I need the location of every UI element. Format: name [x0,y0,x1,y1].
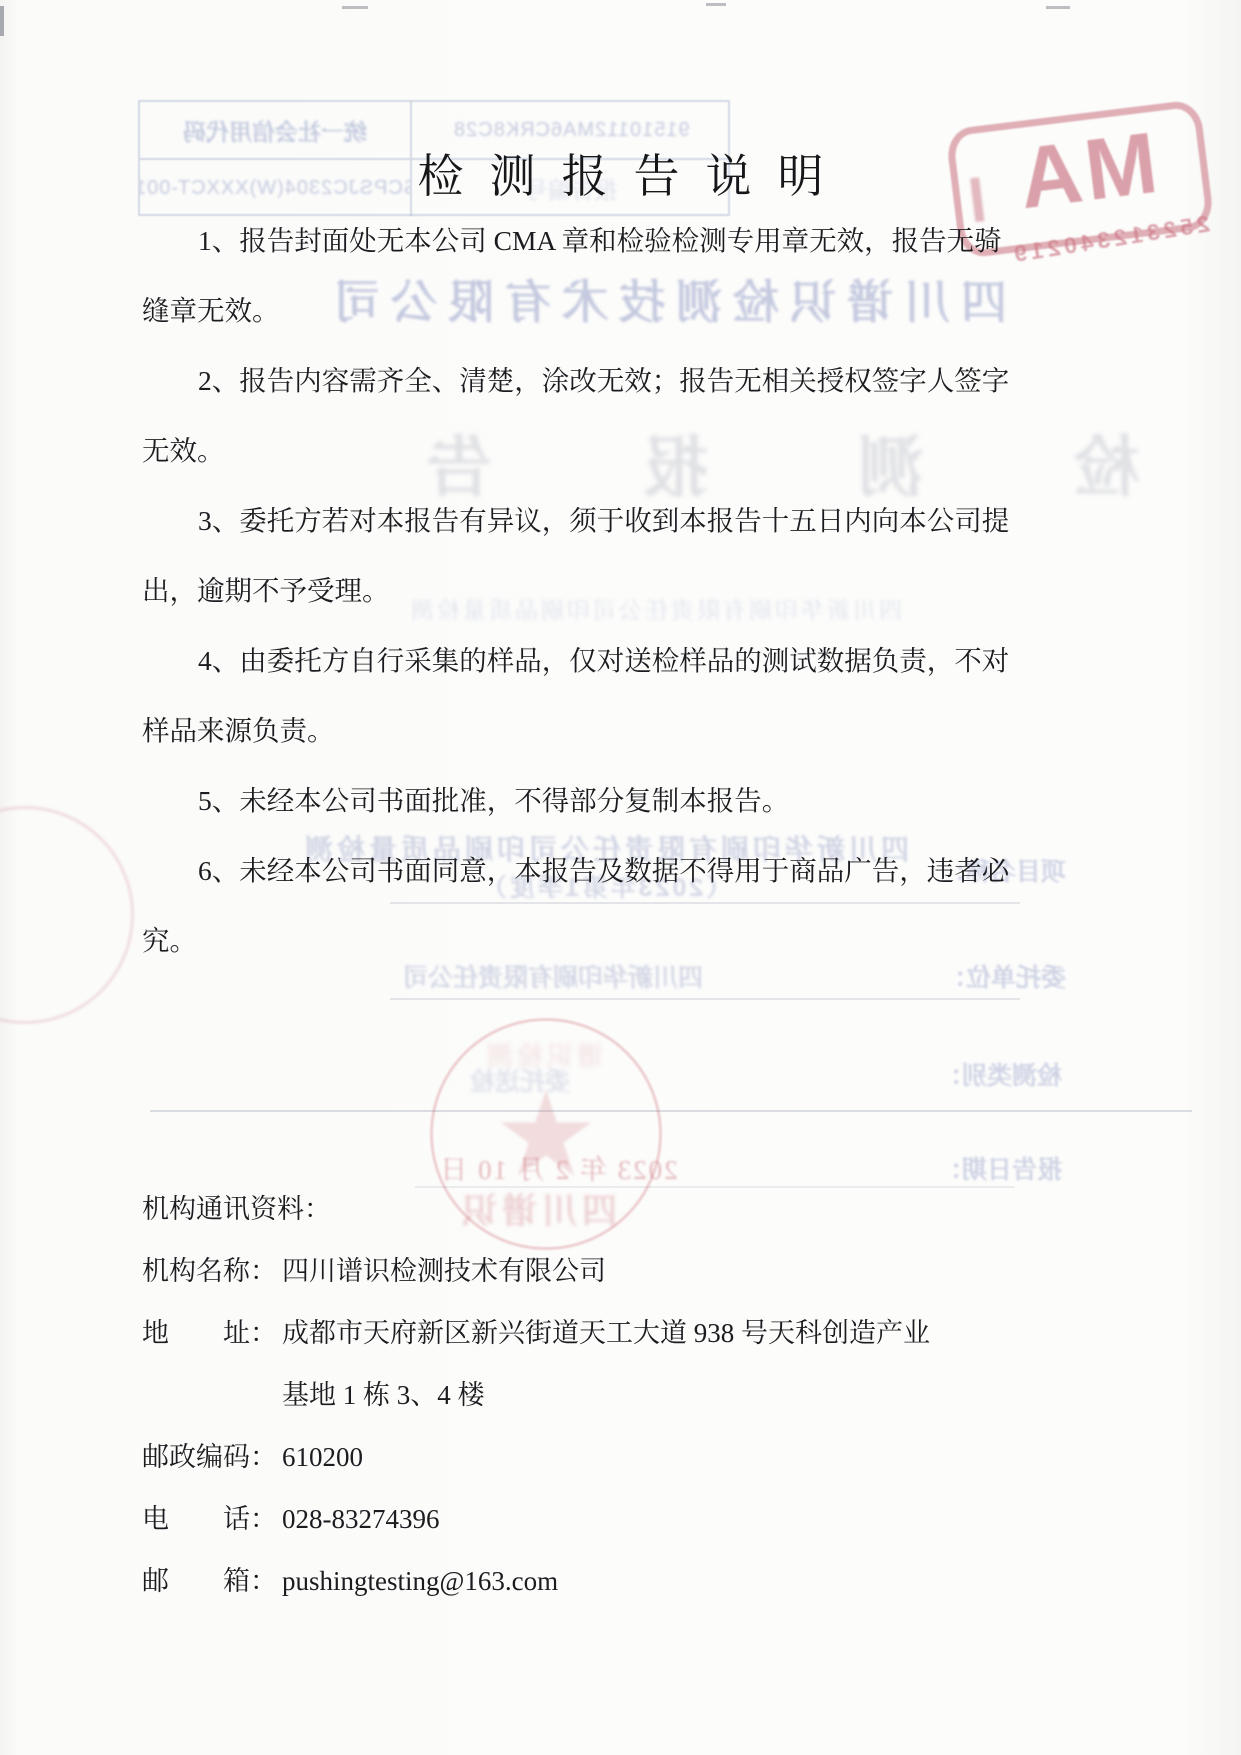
paragraph-line: 6、未经本公司书面同意，本报告及数据不得用于商品广告，违者必 [142,836,1100,906]
contact-row: 地 址：成都市天府新区新兴街道天工大道 938 号天科创造产业 [142,1302,1100,1364]
contact-value: 610200 [282,1442,363,1472]
bleedthrough-category-value: 委托送检 [445,1062,595,1098]
seal-arc-text: 谱识检测 [468,1036,618,1073]
paragraph-line: 无效。 [142,416,1100,486]
contact-row: 机构名称：四川谱识检测技术有限公司 [142,1240,1100,1302]
contact-label: 邮 箱： [142,1550,282,1612]
paragraphs: 1、报告封面处无本公司 CMA 章和检验检测专用章无效，报告无骑缝章无效。2、报… [142,206,1100,976]
paragraph-line: 4、由委托方自行采集的样品，仅对送检样品的测试数据负责，不对 [142,626,1100,696]
bleedthrough-label-test-category: 检测类别： [944,1056,1062,1092]
scan-tick-mark [342,6,368,9]
contact-block: 机构通讯资料： 机构名称：四川谱识检测技术有限公司地 址：成都市天府新区新兴街道… [142,1178,1100,1612]
bleedthrough-underline [390,998,1020,1000]
paragraph-line: 究。 [142,906,1100,976]
paragraph-line: 2、报告内容需齐全、清楚，涂改无效；报告无相关授权签字人签字 [142,346,1100,416]
bleedthrough-credit-code-value: 91510112MA6CRK8C28 [453,119,690,142]
contact-value: 基地 1 栋 3、4 楼 [282,1380,485,1410]
contact-heading: 机构通讯资料： [142,1178,1100,1240]
contact-label: 邮政编码： [142,1426,282,1488]
scan-edge-mark [0,6,4,36]
contact-rows: 机构名称：四川谱识检测技术有限公司地 址：成都市天府新区新兴街道天工大道 938… [142,1240,1100,1612]
page-title: 检测报告说明 [0,140,1241,206]
scanned-document-page: 统一社会信用代码 91510112MA6CRK8C28 SCPSJC2304(W… [0,0,1241,1755]
contact-row: 邮 箱：pushingtesting@163.com [142,1550,1100,1612]
paragraph-line: 缝章无效。 [142,276,1100,346]
scan-tick-mark [1046,6,1070,9]
contact-value: pushingtesting@163.com [282,1566,558,1596]
contact-label: 机构名称： [142,1240,282,1302]
paragraph-line: 5、未经本公司书面批准，不得部分复制本报告。 [142,766,1100,836]
contact-row: 基地 1 栋 3、4 楼 [142,1364,1100,1426]
paragraph-line: 1、报告封面处无本公司 CMA 章和检验检测专用章无效，报告无骑 [142,206,1100,276]
partial-seal-left-edge [0,806,134,1024]
contact-label: 电 话： [142,1488,282,1550]
scan-tick-mark [706,3,726,6]
contact-value: 四川谱识检测技术有限公司 [282,1256,606,1286]
paragraph-line: 样品来源负责。 [142,696,1100,766]
contact-row: 电 话：028-83274396 [142,1488,1100,1550]
paragraph-line: 3、委托方若对本报告有异议，须于收到本报告十五日内向本公司提 [142,486,1100,556]
contact-label: 地 址： [142,1302,282,1364]
contact-row: 邮政编码：610200 [142,1426,1100,1488]
contact-value: 028-83274396 [282,1504,440,1534]
bleedthrough-underline [150,1110,1192,1112]
paragraph-line: 出，逾期不予受理。 [142,556,1100,626]
contact-value: 成都市天府新区新兴街道天工大道 938 号天科创造产业 [282,1318,930,1348]
